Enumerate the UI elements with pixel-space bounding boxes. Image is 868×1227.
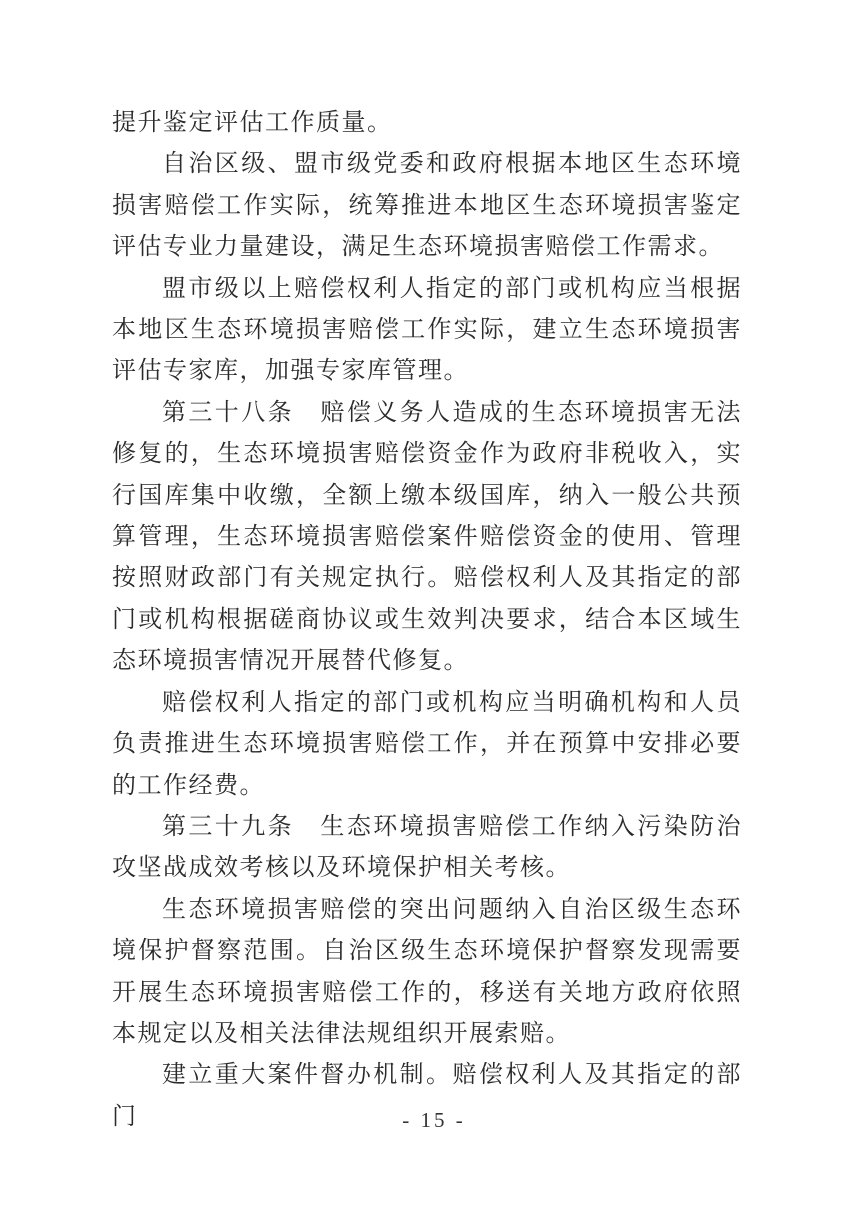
page-number: - 15 - [0, 1108, 868, 1133]
paragraph: 生态环境损害赔偿的突出问题纳入自治区级生态环境保护督察范围。自治区级生态环境保护… [112, 890, 742, 1056]
paragraph: 盟市级以上赔偿权利人指定的部门或机构应当根据本地区生态环境损害赔偿工作实际，建立… [112, 269, 742, 393]
paragraph: 第三十九条 生态环境损害赔偿工作纳入污染防治攻坚战成效考核以及环境保护相关考核。 [112, 807, 742, 890]
paragraph: 赔偿权利人指定的部门或机构应当明确机构和人员负责推进生态环境损害赔偿工作，并在预… [112, 683, 742, 807]
paragraph: 第三十八条 赔偿义务人造成的生态环境损害无法修复的，生态环境损害赔偿资金作为政府… [112, 393, 742, 683]
paragraph: 自治区级、盟市级党委和政府根据本地区生态环境损害赔偿工作实际，统筹推进本地区生态… [112, 144, 742, 268]
document-body: 提升鉴定评估工作质量。自治区级、盟市级党委和政府根据本地区生态环境损害赔偿工作实… [112, 103, 742, 1138]
document-page: 提升鉴定评估工作质量。自治区级、盟市级党委和政府根据本地区生态环境损害赔偿工作实… [0, 0, 868, 1227]
paragraph: 提升鉴定评估工作质量。 [112, 103, 742, 144]
